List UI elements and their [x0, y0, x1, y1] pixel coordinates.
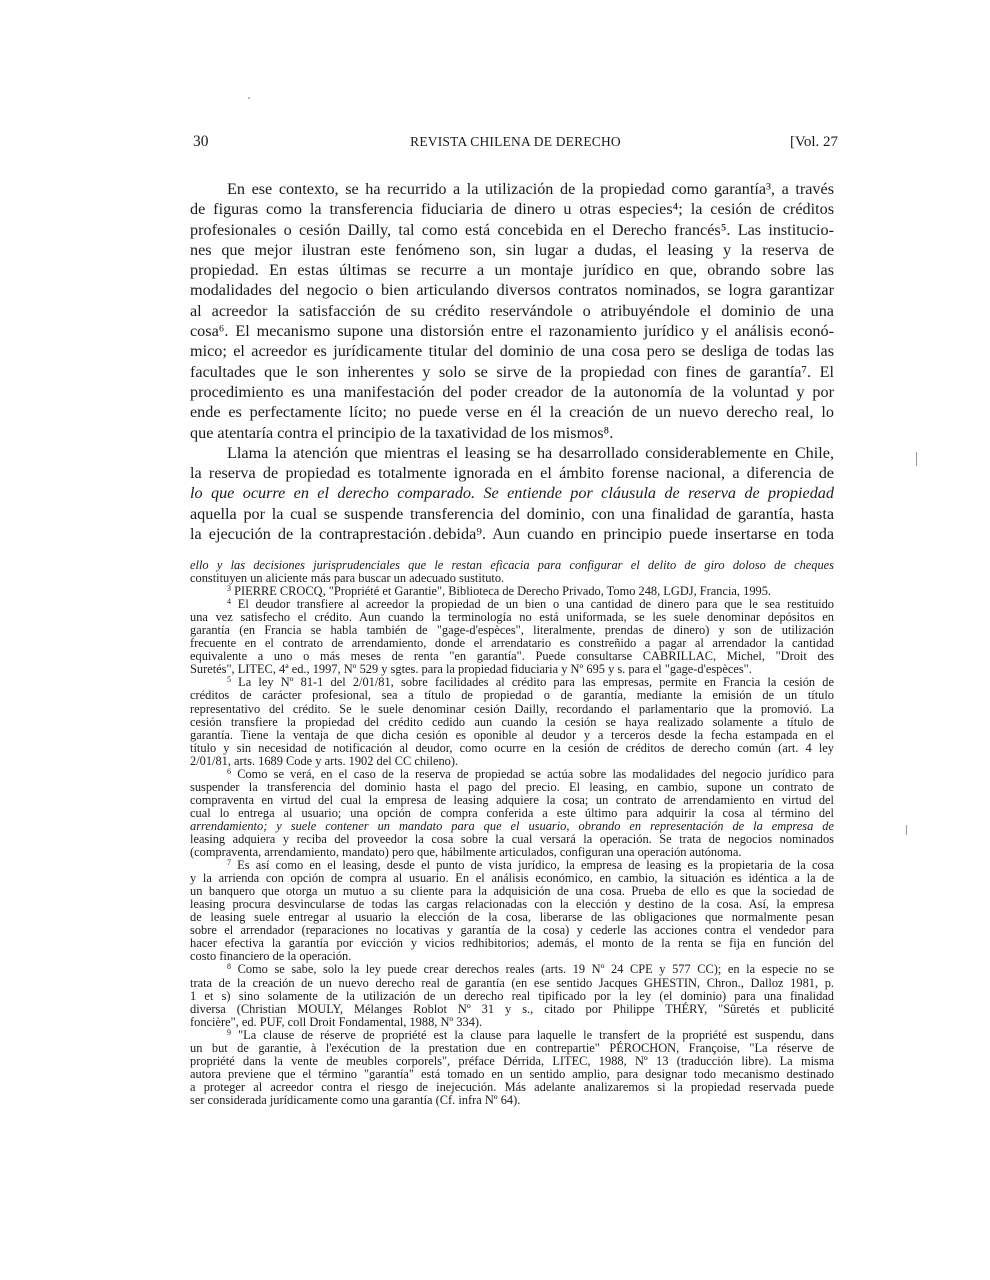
scan-speck: [248, 97, 250, 99]
text-line: propiedad. En estas últimas se recurre a…: [190, 260, 834, 280]
main-text: En ese contexto, se ha recurrido a la ut…: [190, 179, 834, 544]
footnote-line: trata de la creación de un nuevo derecho…: [190, 977, 834, 990]
footnote-6: 6 Como se verá, en el caso de la reserva…: [190, 768, 834, 859]
footnote-line: propriété dans la vente de meubles corpo…: [190, 1055, 834, 1068]
footnote-line: 1 et s) sino solamente de la utilización…: [190, 990, 834, 1003]
footnote-line: un but de garantie, à l'exécution de la …: [190, 1042, 834, 1055]
paragraph-1: En ese contexto, se ha recurrido a la ut…: [190, 179, 834, 443]
footnote-number: 9: [227, 1028, 231, 1037]
footnote-line: ser considerada jurídicamente como una g…: [190, 1094, 834, 1107]
paragraph-2: Llama la atención que mientras el leasin…: [190, 443, 834, 544]
footnote-line: compraventa en virtud del cual la empres…: [190, 794, 834, 807]
text-line: la ejecución de la contraprestación debi…: [190, 524, 834, 544]
footnote-line: suspender la transferencia del dominio h…: [190, 781, 834, 794]
footnote-text: "La clause de réserve de propriété est l…: [238, 1028, 834, 1042]
footnote-line: título y sin necesidad de notificación a…: [190, 742, 834, 755]
volume-label: [Vol. 27: [790, 134, 838, 151]
footnote-line: 6 Como se verá, en el caso de la reserva…: [190, 768, 834, 781]
footnote-line: 9 "La clause de réserve de propriété est…: [190, 1029, 834, 1042]
text-line: modalidades del negocio o bien articulan…: [190, 280, 834, 300]
footnote-text: Como se sabe, solo la ley puede crear de…: [238, 962, 834, 976]
text-line: mico; el acreedor es jurídicamente titul…: [190, 341, 834, 361]
text-line: lo que ocurre en el derecho comparado. S…: [190, 483, 834, 503]
footnote-line: garantía. Tiene la ventaja de que dicha …: [190, 729, 834, 742]
footnote-7: 7 Es así como en el leasing, desde el pu…: [190, 859, 834, 963]
text-line: al acreedor la satisfacción de su crédit…: [190, 301, 834, 321]
scan-speck: [429, 537, 431, 539]
footnote-continuation: ello y las decisiones jurisprudenciales …: [190, 559, 834, 585]
footnote-number: 8: [227, 962, 231, 971]
scan-mark: [916, 452, 917, 466]
footnote-8: 8 Como se sabe, solo la ley puede crear …: [190, 963, 834, 1028]
scan-mark: [906, 825, 907, 835]
document-page: 30 REVISTA CHILENA DE DERECHO [Vol. 27 E…: [0, 0, 990, 1280]
footnote-text: El deudor transfiere al acreedor la prop…: [238, 597, 834, 611]
footnote-line: representativo del crédito. Se le suele …: [190, 703, 834, 716]
running-header: 30 REVISTA CHILENA DE DERECHO [Vol. 27: [193, 133, 838, 155]
footnote-number: 7: [227, 858, 231, 867]
footnote-text: Es así como en el leasing, desde el punt…: [237, 858, 834, 872]
footnote-line: 8 Como se sabe, solo la ley puede crear …: [190, 963, 834, 976]
text-line: nes que mejor ilustran este fenómeno son…: [190, 240, 834, 260]
text-line: de figuras como la transferencia fiducia…: [190, 199, 834, 219]
footnote-line: cual lo entrega al usuario; una opción d…: [190, 807, 834, 820]
footnote-5: 5 La ley Nº 81-1 del 2/01/81, sobre faci…: [190, 676, 834, 767]
footnote-number: 5: [227, 675, 231, 684]
footnote-number: 3: [227, 584, 231, 593]
text-line: profesionales o cesión Dailly, tal como …: [190, 220, 834, 240]
footnote-line: autora previene que el término "garantía…: [190, 1068, 834, 1081]
footnote-number: 4: [227, 597, 231, 606]
journal-title: REVISTA CHILENA DE DERECHO: [193, 134, 838, 150]
text-line: Llama la atención que mientras el leasin…: [190, 443, 834, 463]
footnote-text: PIERRE CROCQ, "Propriété et Garantie", B…: [234, 584, 771, 598]
footnotes: ello y las decisiones jurisprudenciales …: [190, 559, 834, 1107]
footnote-line: diversa (Christian MOULY, Mélanges Roblo…: [190, 1003, 834, 1016]
footnote-line: créditos de carácter profesional, sea a …: [190, 689, 834, 702]
text-line: aquella por la cual se suspende transfer…: [190, 504, 834, 524]
footnote-number: 6: [227, 767, 231, 776]
text-line: procedimiento es una manifestación del p…: [190, 382, 834, 402]
footnote-line: a proteger al acreedor contra el riesgo …: [190, 1081, 834, 1094]
text-line: En ese contexto, se ha recurrido a la ut…: [190, 179, 834, 199]
text-line: la reserva de propiedad es totalmente ig…: [190, 463, 834, 483]
footnote-text: La ley Nº 81-1 del 2/01/81, sobre facili…: [238, 675, 834, 689]
text-line: que atentaría contra el principio de la …: [190, 423, 834, 443]
footnote-4: 4 El deudor transfiere al acreedor la pr…: [190, 598, 834, 676]
footnote-text: Como se verá, en el caso de la reserva d…: [237, 767, 834, 781]
footnote-9: 9 "La clause de réserve de propriété est…: [190, 1029, 834, 1107]
footnote-line: cesión transfiere la propiedad del crédi…: [190, 716, 834, 729]
text-line: cosa⁶. El mecanismo supone una distorsió…: [190, 321, 834, 341]
text-line: facultades que le son inherentes y solo …: [190, 362, 834, 382]
text-line: ende es perfectamente lícito; no puede v…: [190, 402, 834, 422]
